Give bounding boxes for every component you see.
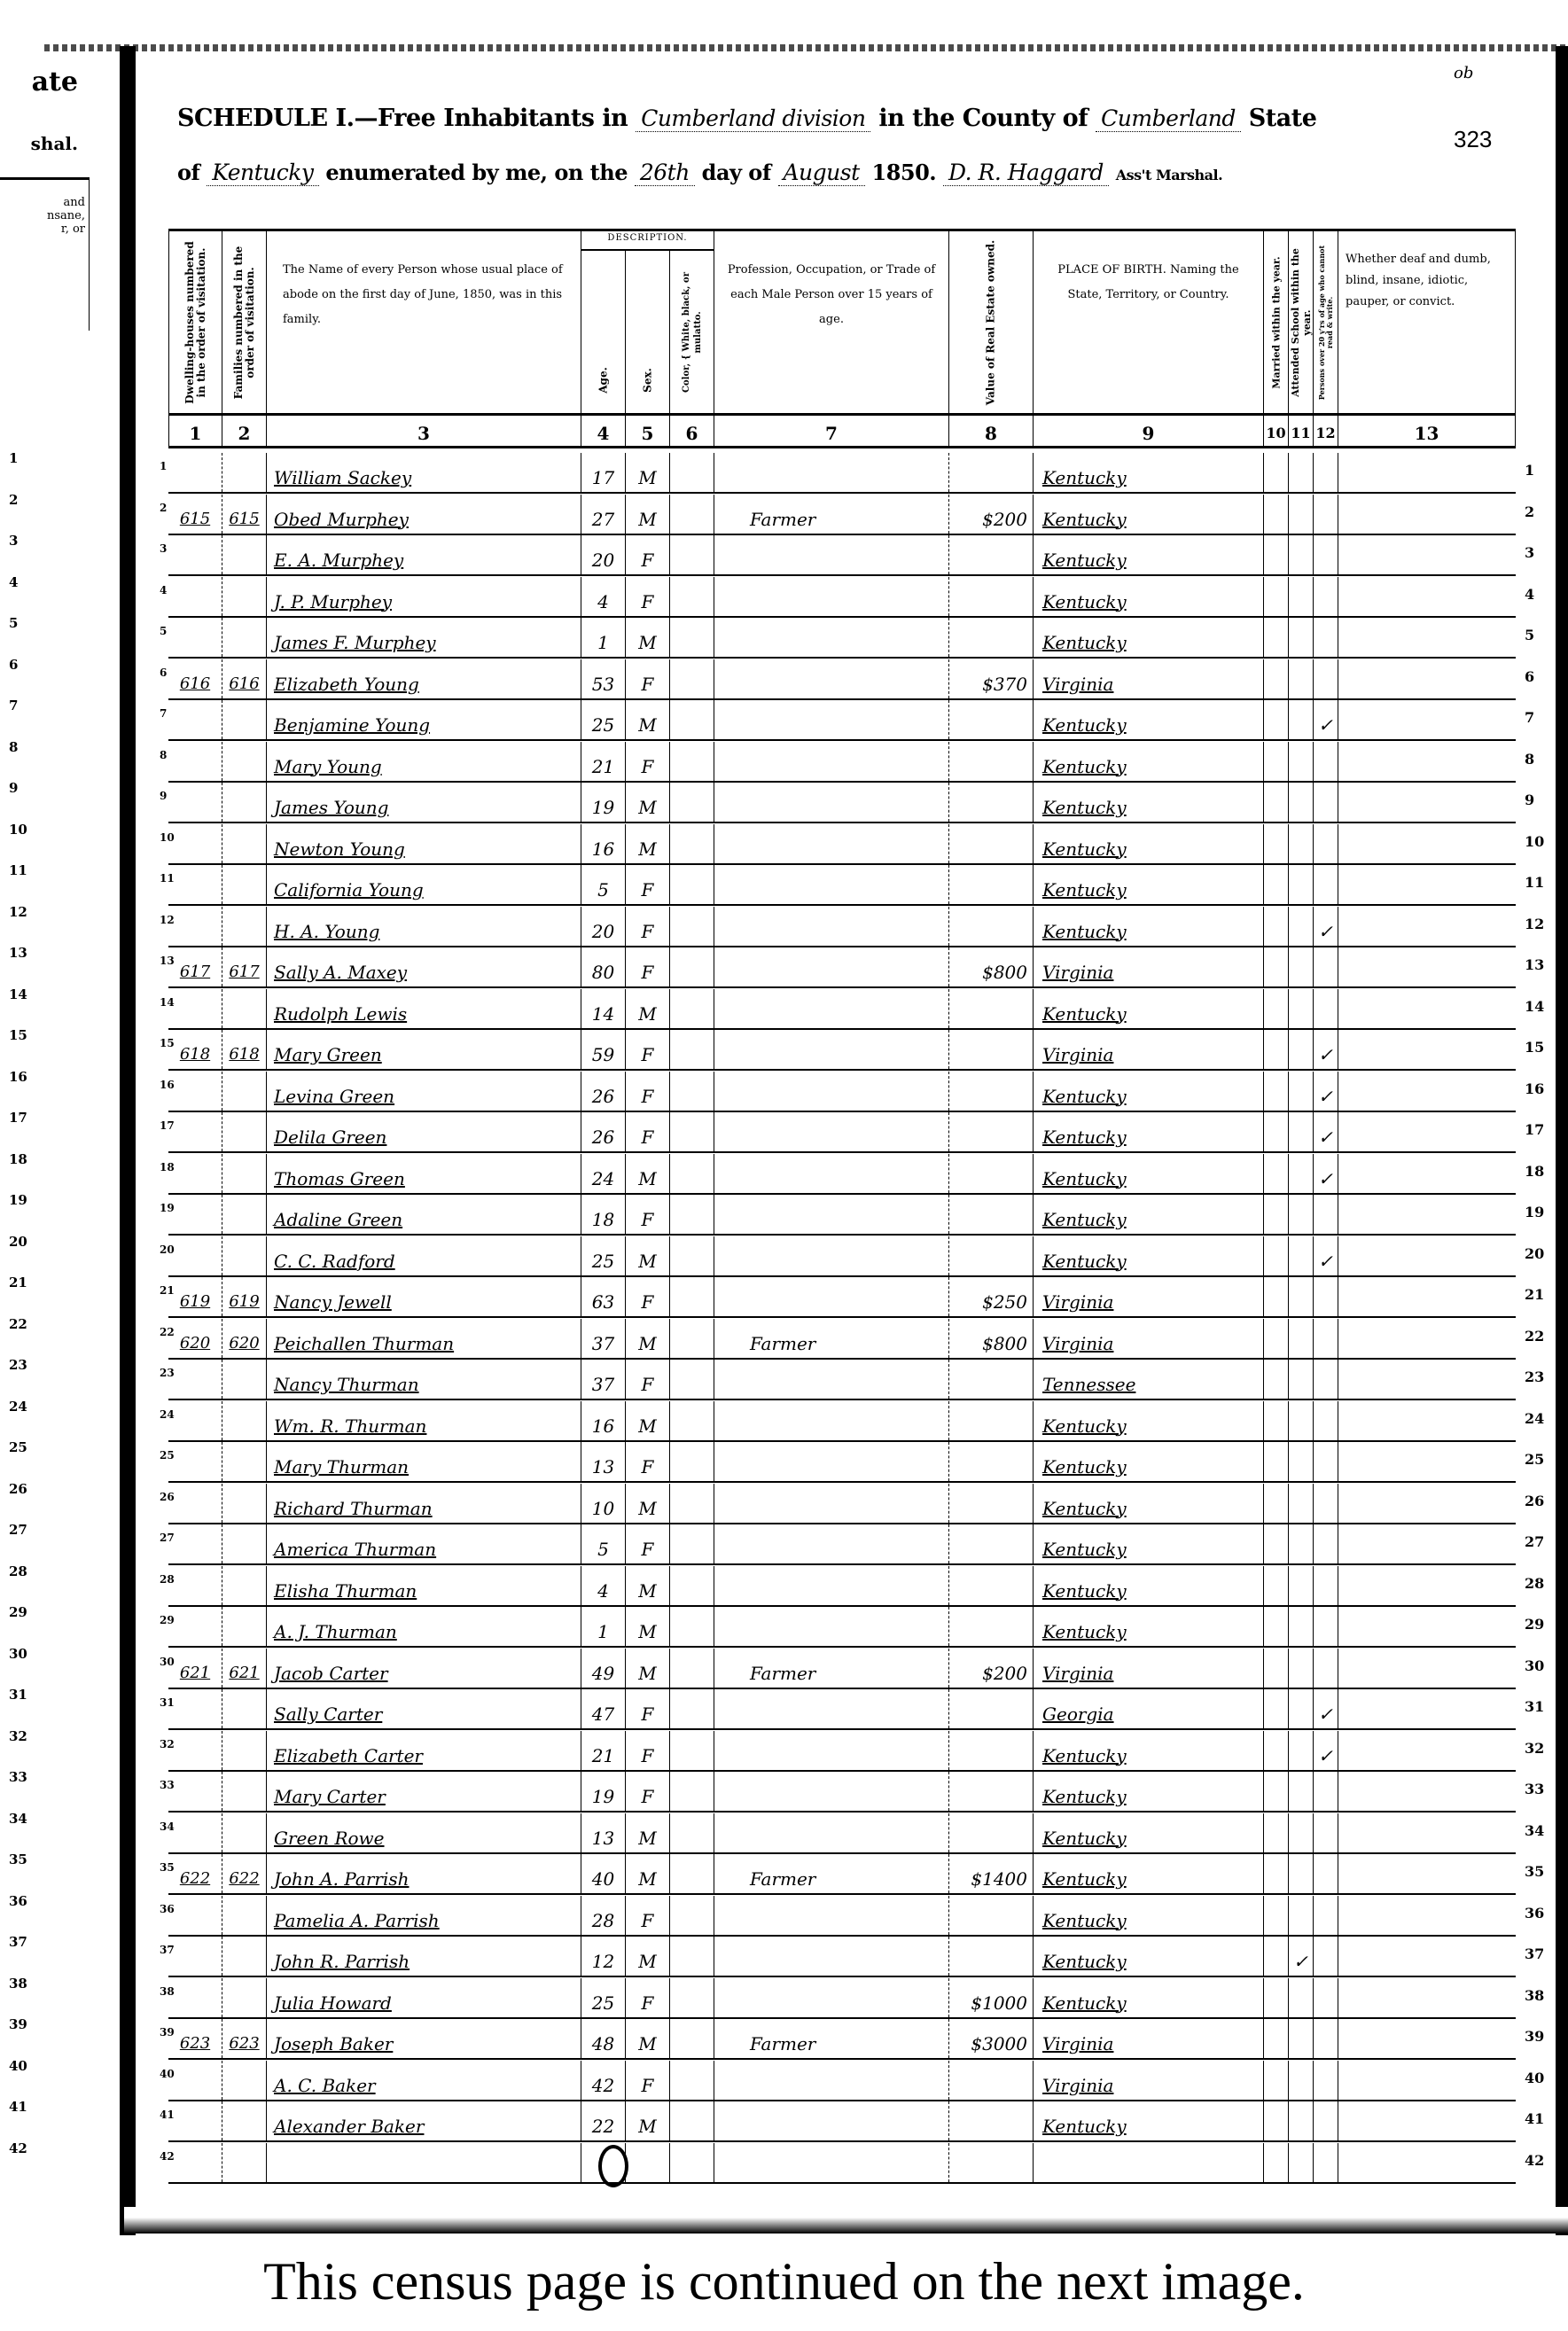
person-occupation: Farmer bbox=[714, 2019, 948, 2058]
family-number bbox=[222, 1401, 266, 1440]
person-color bbox=[669, 2143, 714, 2182]
family-number bbox=[222, 1772, 266, 1811]
married-mark bbox=[1263, 1689, 1288, 1728]
line-number-left: 1 bbox=[160, 453, 167, 479]
school-mark bbox=[1288, 1112, 1313, 1151]
family-number bbox=[222, 1072, 266, 1111]
dwelling-number bbox=[168, 1401, 222, 1440]
person-color bbox=[669, 1978, 714, 2017]
real-estate-value bbox=[948, 989, 1033, 1028]
real-estate-value: $3000 bbox=[948, 2019, 1033, 2058]
family-number bbox=[222, 618, 266, 657]
line-number-right: 23 bbox=[1525, 1360, 1544, 1395]
col-number-7: 7 bbox=[714, 413, 948, 448]
family-number bbox=[222, 1896, 266, 1935]
left-margin-line-number: 8 bbox=[9, 739, 18, 755]
illiterate-mark bbox=[1313, 1442, 1338, 1481]
census-row: 39 623 623 Joseph Baker 48 M Farmer $300… bbox=[168, 2019, 1516, 2060]
condition bbox=[1338, 577, 1516, 616]
married-mark bbox=[1263, 1566, 1288, 1605]
family-number bbox=[222, 1689, 266, 1728]
condition bbox=[1338, 659, 1516, 698]
school-mark bbox=[1288, 824, 1313, 863]
census-row: 5 James F. Murphey 1 M Kentucky 5 bbox=[168, 618, 1516, 659]
dwelling-number bbox=[168, 824, 222, 863]
married-mark bbox=[1263, 989, 1288, 1028]
real-estate-value bbox=[948, 618, 1033, 657]
col-header-sex: Sex. bbox=[625, 251, 669, 413]
left-fragment-header-box: and nsane, r, or bbox=[0, 177, 90, 331]
line-number-right: 29 bbox=[1525, 1607, 1544, 1642]
col-header-family: Families numbered in the order of visita… bbox=[222, 231, 266, 413]
person-age: 16 bbox=[581, 824, 625, 863]
line-number-left: 8 bbox=[160, 742, 167, 768]
real-estate-value: $1400 bbox=[948, 1854, 1033, 1893]
real-estate-value bbox=[948, 1689, 1033, 1728]
census-row: 29 A. J. Thurman 1 M Kentucky 29 bbox=[168, 1607, 1516, 1648]
illiterate-mark bbox=[1313, 1649, 1338, 1688]
person-sex: M bbox=[625, 1566, 669, 1605]
school-mark bbox=[1288, 618, 1313, 657]
illiterate-mark bbox=[1313, 2061, 1338, 2100]
condition bbox=[1338, 1072, 1516, 1111]
illiterate-mark: ✓ bbox=[1313, 1236, 1338, 1275]
col-number-13: 13 bbox=[1338, 413, 1516, 448]
illiterate-mark bbox=[1313, 1978, 1338, 2017]
birthplace: Kentucky bbox=[1033, 700, 1263, 739]
person-color bbox=[669, 1854, 714, 1893]
person-occupation: Farmer bbox=[714, 1854, 948, 1893]
person-name: Alexander Baker bbox=[266, 2101, 581, 2140]
real-estate-value bbox=[948, 700, 1033, 739]
person-color bbox=[669, 1607, 714, 1646]
left-margin-line-number: 31 bbox=[9, 1687, 27, 1703]
illiterate-mark: ✓ bbox=[1313, 1689, 1338, 1728]
condition bbox=[1338, 1731, 1516, 1770]
condition bbox=[1338, 1030, 1516, 1069]
birthplace: Kentucky bbox=[1033, 1484, 1263, 1523]
dwelling-number bbox=[168, 865, 222, 904]
married-mark bbox=[1263, 865, 1288, 904]
dwelling-number: 621 bbox=[168, 1649, 222, 1688]
condition bbox=[1338, 453, 1516, 492]
page-number: 323 bbox=[1454, 126, 1492, 153]
illiterate-mark bbox=[1313, 618, 1338, 657]
census-row: 15 618 618 Mary Green 59 F Virginia ✓ 15 bbox=[168, 1030, 1516, 1071]
left-margin-line-number: 39 bbox=[9, 2016, 27, 2032]
dwelling-number bbox=[168, 1360, 222, 1399]
condition bbox=[1338, 1236, 1516, 1275]
line-number-right: 8 bbox=[1525, 742, 1534, 777]
married-mark bbox=[1263, 1854, 1288, 1893]
line-number-right: 1 bbox=[1525, 453, 1534, 488]
person-age: 49 bbox=[581, 1649, 625, 1688]
person-sex: F bbox=[625, 1689, 669, 1728]
birthplace: Virginia bbox=[1033, 1649, 1263, 1688]
married-mark bbox=[1263, 453, 1288, 492]
col-number-6: 6 bbox=[669, 413, 714, 448]
condition bbox=[1338, 2143, 1516, 2182]
family-number bbox=[222, 1566, 266, 1605]
marshal-label: Ass't Marshal. bbox=[1116, 167, 1222, 183]
dwelling-number bbox=[168, 1195, 222, 1234]
person-name: C. C. Radford bbox=[266, 1236, 581, 1275]
schedule-title-line-2: of Kentucky enumerated by me, on the 26t… bbox=[177, 160, 1222, 185]
col-header-illiterate: Persons over 20 y'rs of age who cannot r… bbox=[1313, 231, 1338, 413]
illiterate-mark bbox=[1313, 1524, 1338, 1563]
condition bbox=[1338, 865, 1516, 904]
person-sex: M bbox=[625, 783, 669, 822]
dwelling-number bbox=[168, 1978, 222, 2017]
person-color bbox=[669, 1112, 714, 1151]
condition bbox=[1338, 700, 1516, 739]
person-color bbox=[669, 1896, 714, 1935]
person-sex: M bbox=[625, 1401, 669, 1440]
person-color bbox=[669, 989, 714, 1028]
birthplace: Virginia bbox=[1033, 659, 1263, 698]
person-name: A. C. Baker bbox=[266, 2061, 581, 2100]
line-number-right: 26 bbox=[1525, 1484, 1544, 1519]
person-occupation bbox=[714, 783, 948, 822]
left-margin-line-number: 25 bbox=[9, 1439, 27, 1455]
dwelling-number: 617 bbox=[168, 947, 222, 986]
line-number-left: 2 bbox=[160, 495, 167, 521]
illiterate-mark bbox=[1313, 947, 1338, 986]
real-estate-value bbox=[948, 1896, 1033, 1935]
person-occupation bbox=[714, 1566, 948, 1605]
census-row: 12 H. A. Young 20 F Kentucky ✓ 12 bbox=[168, 907, 1516, 947]
person-sex: M bbox=[625, 1649, 669, 1688]
married-mark bbox=[1263, 1319, 1288, 1358]
birthplace: Kentucky bbox=[1033, 1112, 1263, 1151]
person-color bbox=[669, 2061, 714, 2100]
school-mark bbox=[1288, 907, 1313, 946]
illiterate-mark bbox=[1313, 1772, 1338, 1811]
line-number-right: 30 bbox=[1525, 1649, 1544, 1684]
person-name: Elizabeth Young bbox=[266, 659, 581, 698]
person-occupation bbox=[714, 865, 948, 904]
school-mark bbox=[1288, 1689, 1313, 1728]
condition bbox=[1338, 1277, 1516, 1316]
married-mark bbox=[1263, 783, 1288, 822]
person-sex: F bbox=[625, 1442, 669, 1481]
family-number bbox=[222, 2143, 266, 2182]
line-number-right: 19 bbox=[1525, 1195, 1544, 1230]
person-name: Delila Green bbox=[266, 1112, 581, 1151]
family-number: 622 bbox=[222, 1854, 266, 1893]
left-margin-line-number: 33 bbox=[9, 1769, 27, 1785]
person-color bbox=[669, 1360, 714, 1399]
person-name: Peichallen Thurman bbox=[266, 1319, 581, 1358]
person-sex: F bbox=[625, 1072, 669, 1111]
birthplace: Kentucky bbox=[1033, 1607, 1263, 1646]
illiterate-mark bbox=[1313, 1854, 1338, 1893]
person-sex: F bbox=[625, 2061, 669, 2100]
col-header-color: Color, { White, black, or mulatto. bbox=[669, 251, 714, 413]
col-number-1: 1 bbox=[168, 413, 222, 448]
school-mark bbox=[1288, 1731, 1313, 1770]
person-sex: M bbox=[625, 1607, 669, 1646]
person-name: Nancy Thurman bbox=[266, 1360, 581, 1399]
ink-blot-mark bbox=[598, 2145, 628, 2187]
real-estate-value: $800 bbox=[948, 1319, 1033, 1358]
enumerated-label: enumerated by me, on the bbox=[325, 160, 628, 185]
left-margin-line-number: 3 bbox=[9, 533, 18, 549]
family-number: 620 bbox=[222, 1319, 266, 1358]
family-number bbox=[222, 865, 266, 904]
condition bbox=[1338, 2061, 1516, 2100]
person-age: 4 bbox=[581, 1566, 625, 1605]
left-margin-line-number: 17 bbox=[9, 1110, 27, 1126]
person-name: Elisha Thurman bbox=[266, 1566, 581, 1605]
birthplace: Kentucky bbox=[1033, 1442, 1263, 1481]
real-estate-value bbox=[948, 1772, 1033, 1811]
illiterate-mark bbox=[1313, 1896, 1338, 1935]
real-estate-value: $200 bbox=[948, 1649, 1033, 1688]
family-number bbox=[222, 1731, 266, 1770]
person-color bbox=[669, 783, 714, 822]
real-estate-value bbox=[948, 824, 1033, 863]
person-color bbox=[669, 453, 714, 492]
census-row: 9 James Young 19 M Kentucky 9 bbox=[168, 783, 1516, 823]
left-margin-line-number: 4 bbox=[9, 574, 18, 590]
condition bbox=[1338, 1484, 1516, 1523]
line-number-right: 27 bbox=[1525, 1524, 1544, 1560]
person-name: Levina Green bbox=[266, 1072, 581, 1111]
line-number-right: 25 bbox=[1525, 1442, 1544, 1477]
left-margin-line-number: 38 bbox=[9, 1976, 27, 1992]
real-estate-value bbox=[948, 1524, 1033, 1563]
line-number-right: 22 bbox=[1525, 1319, 1544, 1354]
dwelling-number bbox=[168, 535, 222, 574]
left-fragment-line1: ate bbox=[32, 66, 78, 97]
school-mark bbox=[1288, 1195, 1313, 1234]
real-estate-value: $800 bbox=[948, 947, 1033, 986]
person-occupation bbox=[714, 989, 948, 1028]
continued-note: This census page is continued on the nex… bbox=[0, 2251, 1568, 2312]
census-row: 18 Thomas Green 24 M Kentucky ✓ 18 bbox=[168, 1154, 1516, 1195]
school-mark bbox=[1288, 742, 1313, 781]
line-number-right: 20 bbox=[1525, 1236, 1544, 1272]
left-margin-line-number: 24 bbox=[9, 1399, 27, 1415]
left-margin-line-number: 9 bbox=[9, 780, 18, 796]
census-row: 7 Benjamine Young 25 M Kentucky ✓ 7 bbox=[168, 700, 1516, 741]
left-margin-line-number: 36 bbox=[9, 1893, 27, 1909]
married-mark bbox=[1263, 2019, 1288, 2058]
birthplace: Virginia bbox=[1033, 947, 1263, 986]
person-sex: M bbox=[625, 700, 669, 739]
person-age: 19 bbox=[581, 783, 625, 822]
person-name: California Young bbox=[266, 865, 581, 904]
married-mark bbox=[1263, 1896, 1288, 1935]
school-mark bbox=[1288, 659, 1313, 698]
condition bbox=[1338, 742, 1516, 781]
person-sex: M bbox=[625, 495, 669, 534]
person-color bbox=[669, 1524, 714, 1563]
person-color bbox=[669, 1566, 714, 1605]
dwelling-number bbox=[168, 1813, 222, 1852]
illiterate-mark bbox=[1313, 659, 1338, 698]
person-occupation bbox=[714, 1236, 948, 1275]
line-number-right: 38 bbox=[1525, 1978, 1544, 2014]
condition bbox=[1338, 1524, 1516, 1563]
person-occupation bbox=[714, 907, 948, 946]
school-mark bbox=[1288, 1401, 1313, 1440]
line-number-left: 5 bbox=[160, 618, 167, 644]
census-row: 4 J. P. Murphey 4 F Kentucky 4 bbox=[168, 577, 1516, 618]
school-mark bbox=[1288, 1772, 1313, 1811]
birthplace: Virginia bbox=[1033, 2061, 1263, 2100]
married-mark bbox=[1263, 1195, 1288, 1234]
col-number-5: 5 bbox=[625, 413, 669, 448]
person-occupation bbox=[714, 1195, 948, 1234]
family-number bbox=[222, 1607, 266, 1646]
line-number-right: 12 bbox=[1525, 907, 1544, 942]
married-mark bbox=[1263, 742, 1288, 781]
real-estate-value bbox=[948, 1154, 1033, 1193]
illiterate-mark: ✓ bbox=[1313, 1112, 1338, 1151]
left-margin-line-number: 14 bbox=[9, 986, 27, 1002]
line-number-right: 42 bbox=[1525, 2143, 1544, 2179]
census-row: 23 Nancy Thurman 37 F Tennessee 23 bbox=[168, 1360, 1516, 1400]
condition bbox=[1338, 2019, 1516, 2058]
person-occupation bbox=[714, 1524, 948, 1563]
left-margin-line-number: 22 bbox=[9, 1316, 27, 1332]
person-age: 17 bbox=[581, 453, 625, 492]
left-margin-line-number: 23 bbox=[9, 1357, 27, 1373]
census-row: 16 Levina Green 26 F Kentucky ✓ 16 bbox=[168, 1072, 1516, 1112]
division-field: Cumberland division bbox=[636, 105, 870, 132]
person-name: Julia Howard bbox=[266, 1978, 581, 2017]
birthplace: Kentucky bbox=[1033, 2101, 1263, 2140]
family-number: 617 bbox=[222, 947, 266, 986]
condition bbox=[1338, 618, 1516, 657]
birthplace: Kentucky bbox=[1033, 824, 1263, 863]
schedule-title-line-1: SCHEDULE I.—Free Inhabitants in Cumberla… bbox=[177, 105, 1316, 132]
birthplace: Kentucky bbox=[1033, 1154, 1263, 1193]
birthplace: Kentucky bbox=[1033, 1236, 1263, 1275]
col-header-dwelling: Dwelling-houses numbered in the order of… bbox=[168, 231, 222, 413]
married-mark bbox=[1263, 535, 1288, 574]
line-number-right: 4 bbox=[1525, 577, 1534, 612]
line-number-right: 10 bbox=[1525, 824, 1544, 860]
family-number bbox=[222, 1360, 266, 1399]
condition bbox=[1338, 1813, 1516, 1852]
person-occupation bbox=[714, 947, 948, 986]
illiterate-mark bbox=[1313, 1607, 1338, 1646]
person-color bbox=[669, 700, 714, 739]
married-mark bbox=[1263, 947, 1288, 986]
married-mark bbox=[1263, 659, 1288, 698]
real-estate-value: $370 bbox=[948, 659, 1033, 698]
census-row: 28 Elisha Thurman 4 M Kentucky 28 bbox=[168, 1566, 1516, 1607]
state-field: Kentucky bbox=[207, 160, 318, 186]
person-name: Mary Carter bbox=[266, 1772, 581, 1811]
person-occupation: Farmer bbox=[714, 495, 948, 534]
person-color bbox=[669, 1689, 714, 1728]
person-sex: M bbox=[625, 618, 669, 657]
person-age: 40 bbox=[581, 1854, 625, 1893]
left-margin-line-number: 21 bbox=[9, 1275, 27, 1290]
person-sex: M bbox=[625, 1484, 669, 1523]
person-sex: M bbox=[625, 989, 669, 1028]
person-sex: F bbox=[625, 1277, 669, 1316]
dwelling-number bbox=[168, 1731, 222, 1770]
illiterate-mark: ✓ bbox=[1313, 907, 1338, 946]
condition bbox=[1338, 1442, 1516, 1481]
person-color bbox=[669, 1731, 714, 1770]
person-occupation bbox=[714, 2143, 948, 2182]
school-mark bbox=[1288, 2061, 1313, 2100]
real-estate-value bbox=[948, 1566, 1033, 1605]
person-occupation bbox=[714, 1937, 948, 1976]
title-prefix: SCHEDULE I.—Free Inhabitants in bbox=[177, 105, 628, 132]
birthplace: Kentucky bbox=[1033, 453, 1263, 492]
person-color bbox=[669, 1484, 714, 1523]
dwelling-number bbox=[168, 1072, 222, 1111]
left-margin-line-number: 37 bbox=[9, 1934, 27, 1950]
census-row: 1 William Sackey 17 M Kentucky 1 bbox=[168, 453, 1516, 494]
line-number-right: 33 bbox=[1525, 1772, 1544, 1807]
real-estate-value bbox=[948, 1607, 1033, 1646]
person-occupation bbox=[714, 1277, 948, 1316]
col-header-school: Attended School within the year. bbox=[1288, 231, 1313, 413]
person-color bbox=[669, 1277, 714, 1316]
title-county-label: in the County of bbox=[878, 105, 1088, 132]
real-estate-value bbox=[948, 1360, 1033, 1399]
left-margin-line-number: 2 bbox=[9, 492, 18, 508]
col-header-birthplace: PLACE OF BIRTH. Naming the State, Territ… bbox=[1033, 231, 1263, 413]
person-name: John A. Parrish bbox=[266, 1854, 581, 1893]
census-row: 37 John R. Parrish 12 M Kentucky ✓ 37 bbox=[168, 1937, 1516, 1977]
birthplace: Kentucky bbox=[1033, 783, 1263, 822]
family-number bbox=[222, 783, 266, 822]
line-number-right: 16 bbox=[1525, 1072, 1544, 1107]
person-age: 16 bbox=[581, 1401, 625, 1440]
line-number-right: 5 bbox=[1525, 618, 1534, 653]
line-number-left: 9 bbox=[160, 783, 167, 809]
left-fragment-col-text-1: and bbox=[0, 196, 89, 209]
person-color bbox=[669, 907, 714, 946]
real-estate-value bbox=[948, 453, 1033, 492]
person-age: 27 bbox=[581, 495, 625, 534]
person-occupation bbox=[714, 1401, 948, 1440]
census-row: 6 616 616 Elizabeth Young 53 F $370 Virg… bbox=[168, 659, 1516, 700]
census-row: 10 Newton Young 16 M Kentucky 10 bbox=[168, 824, 1516, 865]
school-mark bbox=[1288, 1813, 1313, 1852]
person-age: 19 bbox=[581, 1772, 625, 1811]
birthplace: Kentucky bbox=[1033, 1731, 1263, 1770]
census-row: 31 Sally Carter 47 F Georgia ✓ 31 bbox=[168, 1689, 1516, 1730]
condition bbox=[1338, 1566, 1516, 1605]
person-age: 13 bbox=[581, 1813, 625, 1852]
school-mark bbox=[1288, 1277, 1313, 1316]
person-color bbox=[669, 824, 714, 863]
illiterate-mark bbox=[1313, 1484, 1338, 1523]
birthplace: Kentucky bbox=[1033, 535, 1263, 574]
line-number-right: 3 bbox=[1525, 535, 1534, 571]
person-name bbox=[266, 2143, 581, 2182]
line-number-right: 37 bbox=[1525, 1937, 1544, 1972]
birthplace: Kentucky bbox=[1033, 865, 1263, 904]
line-number-right: 36 bbox=[1525, 1896, 1544, 1931]
person-color bbox=[669, 1319, 714, 1358]
person-color bbox=[669, 1154, 714, 1193]
school-mark bbox=[1288, 1360, 1313, 1399]
person-age: 5 bbox=[581, 865, 625, 904]
left-margin-line-number: 16 bbox=[9, 1069, 27, 1085]
left-margin-line-number: 13 bbox=[9, 945, 27, 961]
